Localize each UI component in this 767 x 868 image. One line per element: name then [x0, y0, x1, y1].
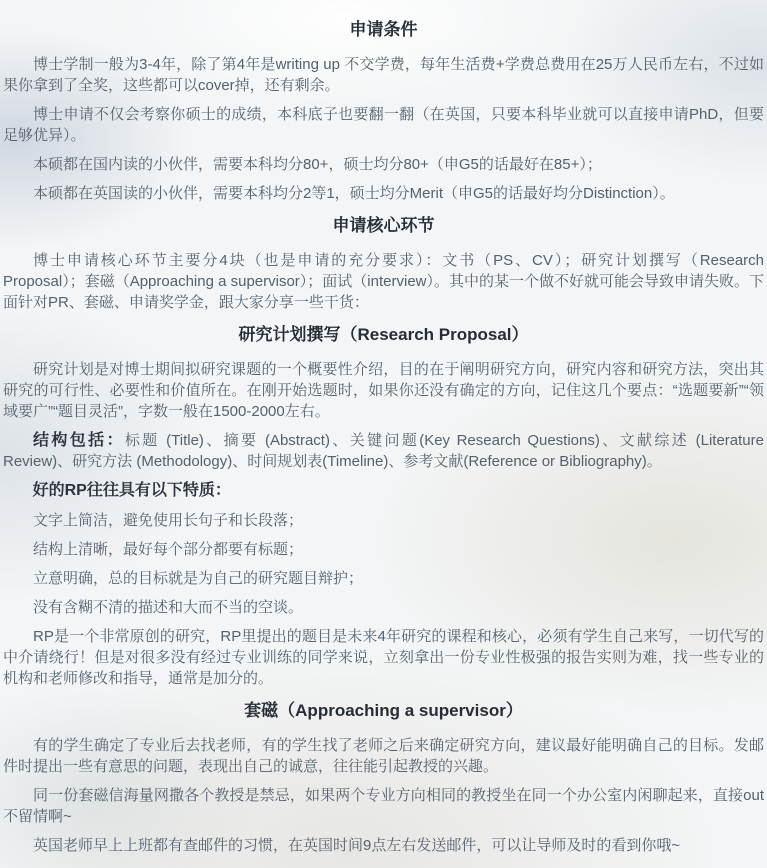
paragraph: 没有含糊不清的描述和大而不当的空谈。 [3, 597, 764, 618]
paragraph: 本硕都在国内读的小伙伴，需要本科均分80+，硕士均分80+（申G5的话最好在85… [3, 154, 764, 175]
paragraph: 博士学制一般为3-4年，除了第4年是writing up 不交学费，每年生活费+… [3, 54, 764, 96]
article-body: 申请条件博士学制一般为3-4年，除了第4年是writing up 不交学费，每年… [0, 0, 767, 868]
paragraph-lead: 结构包括： [33, 432, 125, 449]
paragraph: 结构包括：标题 (Title)、摘要 (Abstract)、关键问题(Key R… [3, 430, 764, 472]
paragraph: 结构上清晰，最好每个部分都要有标题； [3, 539, 764, 560]
paragraph: 同一份套磁信海量网撒各个教授是禁忌，如果两个专业方向相同的教授坐在同一个办公室内… [3, 785, 764, 827]
subheading: 好的RP往往具有以下特质： [3, 480, 764, 502]
paragraph: 研究计划是对博士期间拟研究课题的一个概要性介绍，目的在于阐明研究方向，研究内容和… [3, 359, 764, 422]
section-title: 套磁（Approaching a supervisor） [3, 699, 764, 723]
paragraph: 博士申请核心环节主要分4块（也是申请的充分要求）：文书（PS、CV）；研究计划撰… [3, 250, 764, 313]
paragraph: 英国老师早上上班都有查邮件的习惯，在英国时间9点左右发送邮件，可以让导师及时的看… [3, 835, 764, 856]
paragraph: RP是一个非常原创的研究，RP里提出的题目是未来4年研究的课程和核心，必须有学生… [3, 626, 764, 689]
section-title: 申请条件 [3, 18, 764, 42]
paragraph: 有的学生确定了专业后去找老师，有的学生找了老师之后来确定研究方向，建议最好能明确… [3, 735, 764, 777]
paragraph: 本硕都在英国读的小伙伴，需要本科均分2等1，硕士均分Merit（申G5的话最好均… [3, 183, 764, 204]
paragraph: 博士申请不仅会考察你硕士的成绩，本科底子也要翻一翻（在英国，只要本科毕业就可以直… [3, 104, 764, 146]
section-title: 研究计划撰写（Research Proposal） [3, 323, 764, 347]
paragraph: 文字上简洁，避免使用长句子和长段落； [3, 510, 764, 531]
paragraph: 立意明确，总的目标就是为自己的研究题目辩护； [3, 568, 764, 589]
section-title: 申请核心环节 [3, 214, 764, 238]
